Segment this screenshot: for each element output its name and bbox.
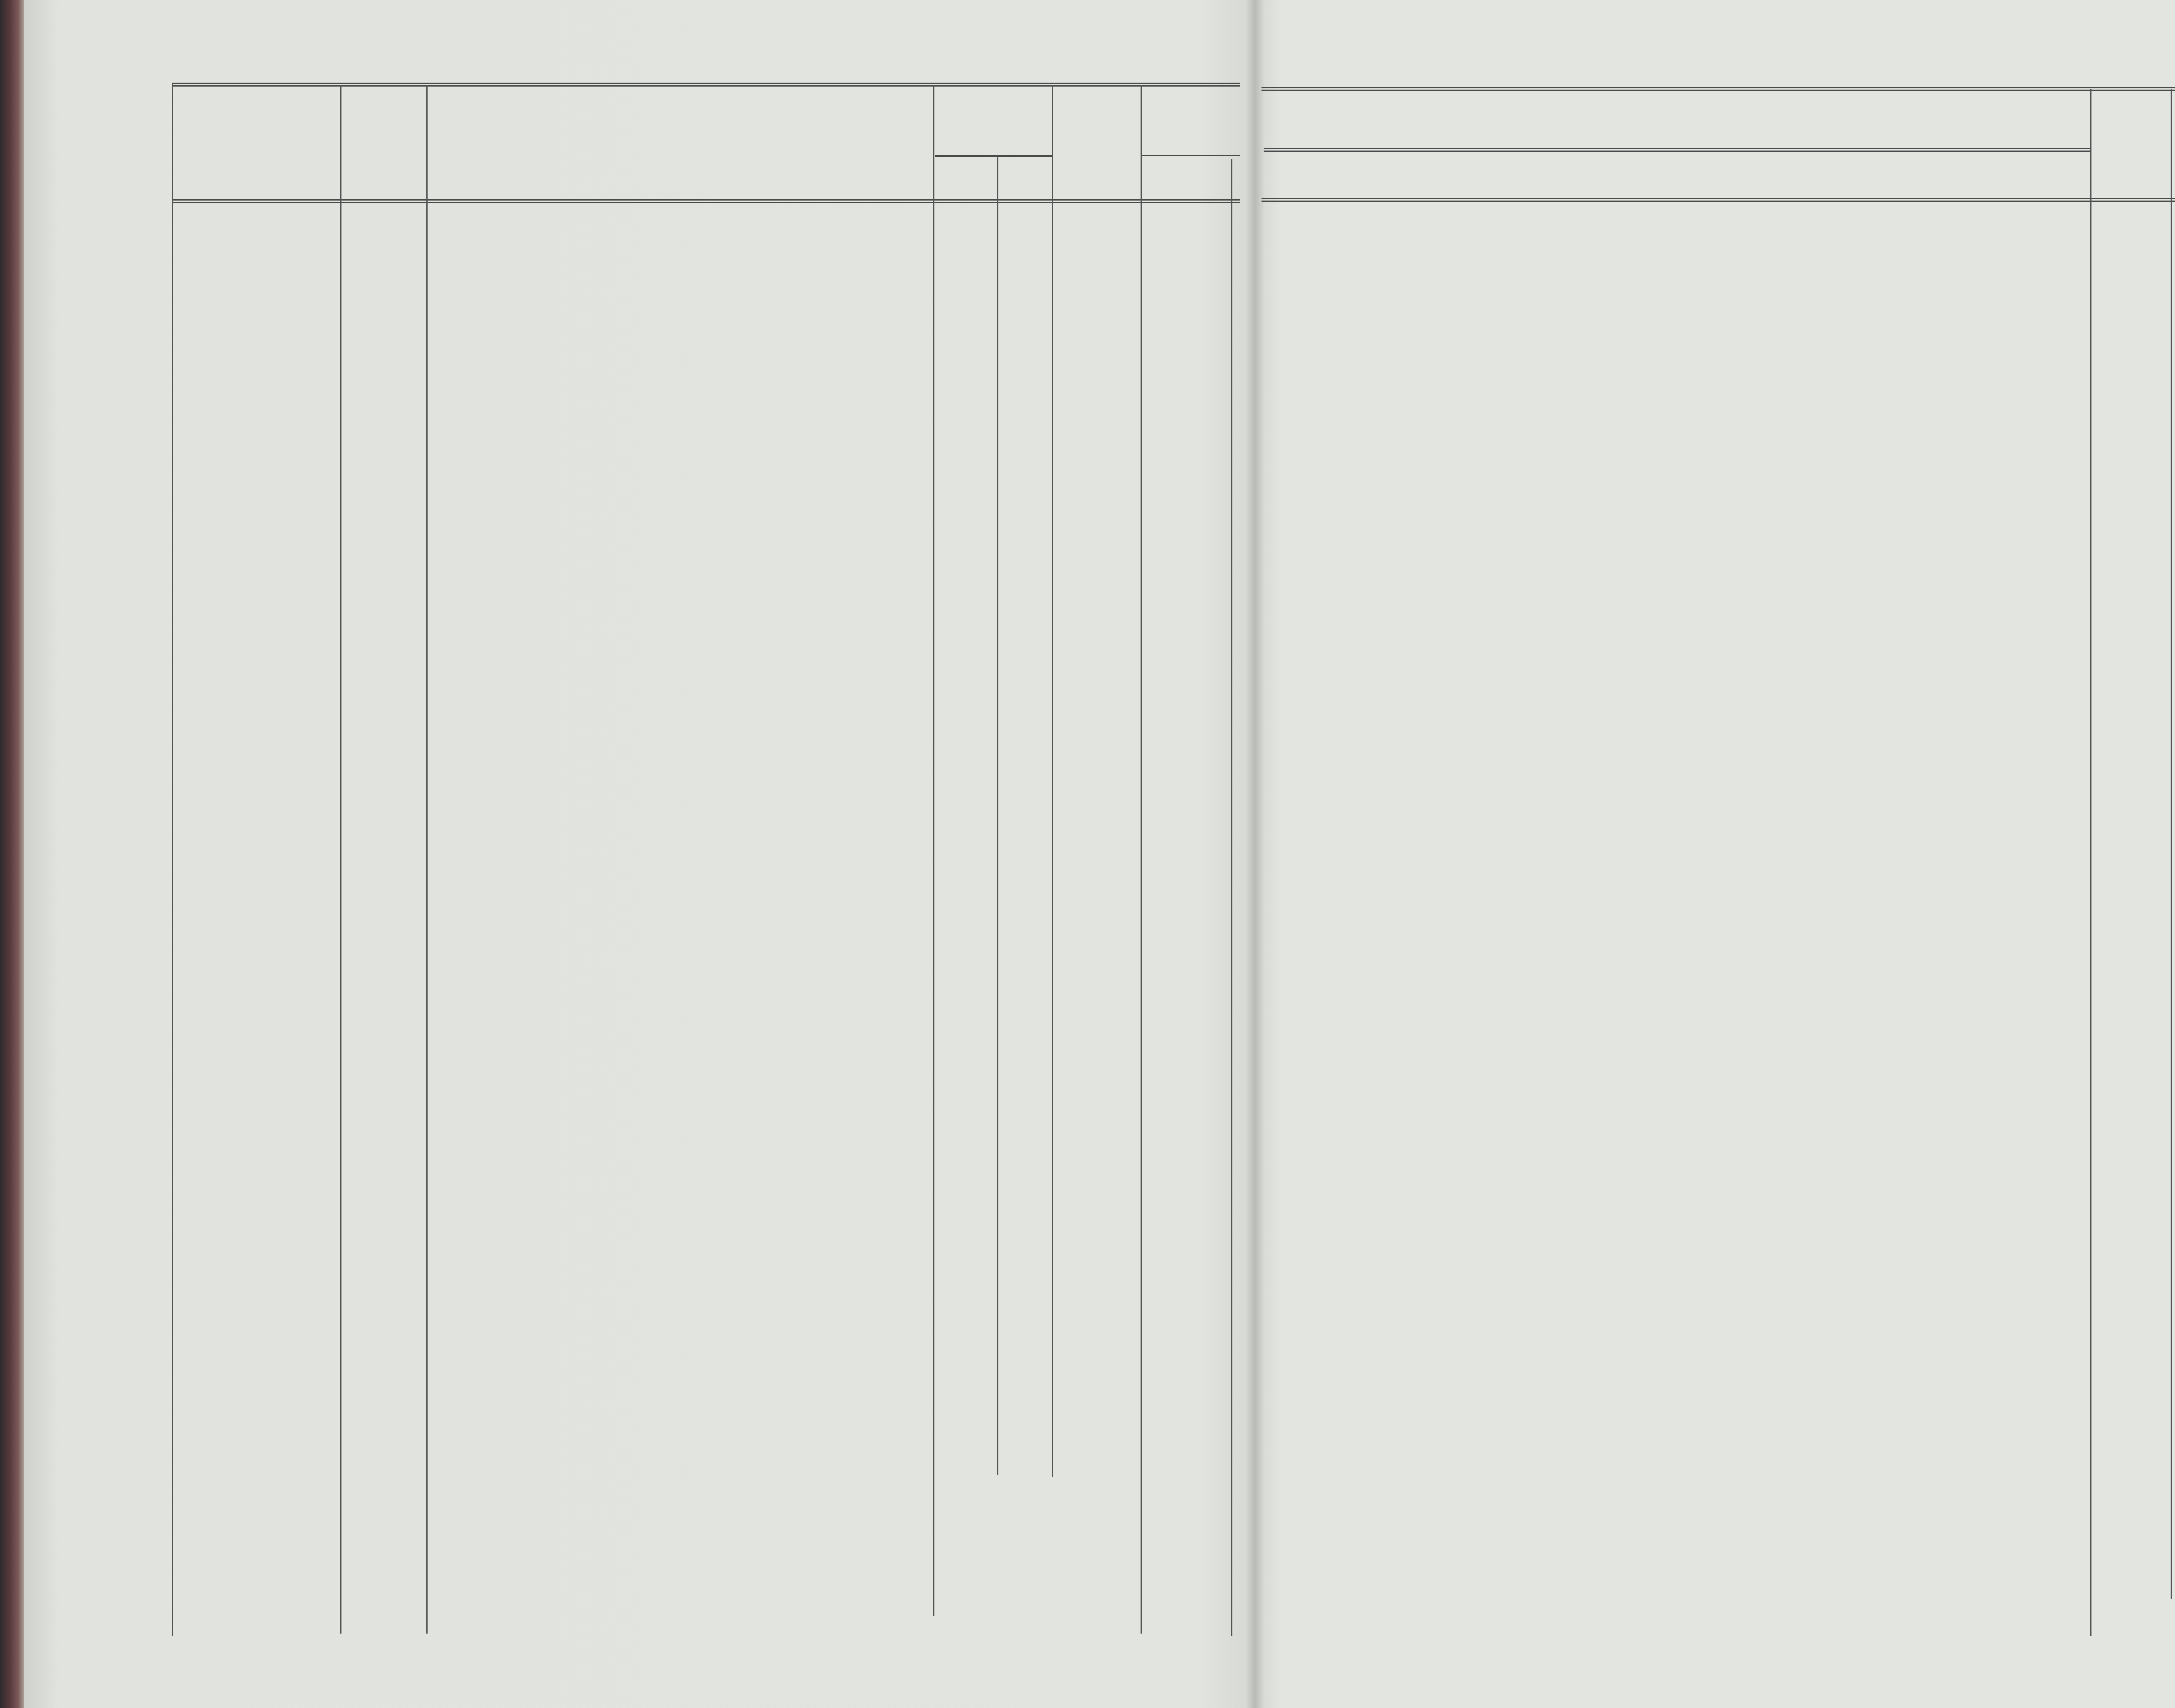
book-gutter	[1246, 0, 1264, 1708]
left-page	[24, 0, 1255, 1708]
right-page	[1255, 0, 2175, 1708]
book-spine-edge	[0, 0, 26, 1708]
